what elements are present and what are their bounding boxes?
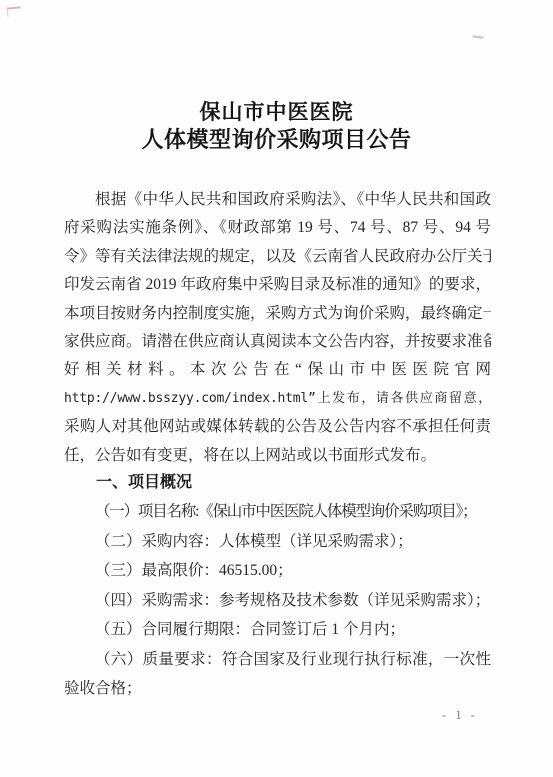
list-item-quality-requirements: （六）质量要求：符合国家及行业现行执行标准，一次性验收合格； <box>64 645 491 704</box>
intro-line-website-url: http://www.bsszyy.com/index.html”上发布，请各供… <box>64 385 491 413</box>
intro-line: 任，公告如有变更，将在以上网站或以书面形式发布。 <box>64 442 491 470</box>
title-line-2: 人体模型询价采购项目公告 <box>0 126 553 153</box>
list-item-procurement-content: （二）采购内容：人体模型（详见采购需求）； <box>64 527 491 557</box>
project-overview-section: 一、项目概况 （一）项目名称:《保山市中医医院人体模型询价采购项目》； （二）采… <box>64 468 491 704</box>
document-title: 保山市中医医院 人体模型询价采购项目公告 <box>0 99 553 153</box>
intro-line: 令》等有关法律法规的规定，以及《云南省人民政府办公厅关于 <box>64 243 491 271</box>
list-item-max-price: （三）最高限价：46515.00； <box>64 556 491 586</box>
intro-line: 家供应商。请潜在供应商认真阅读本文公告内容，并按要求准备 <box>64 328 491 356</box>
title-line-1: 保山市中医医院 <box>0 99 553 126</box>
intro-paragraph: 根据《中华人民共和国政府采购法》、《中华人民共和国政 府采购法实施条例》、《财政… <box>64 186 491 470</box>
intro-line: 印发云南省 2019 年政府集中采购目录及标准的通知》的要求， <box>64 271 491 299</box>
intro-line: 本项目按财务内控制度实施，采购方式为询价采购，最终确定一 <box>64 300 491 328</box>
document-page: 保山市中医医院 人体模型询价采购项目公告 根据《中华人民共和国政府采购法》、《中… <box>0 0 553 777</box>
list-item-procurement-requirements: （四）采购需求：参考规格及技术参数（详见采购需求）； <box>64 586 491 616</box>
list-item-project-name: （一）项目名称:《保山市中医医院人体模型询价采购项目》； <box>64 497 491 527</box>
red-pen-mark-top-right <box>472 29 484 38</box>
section-heading: 一、项目概况 <box>64 468 491 497</box>
intro-line: 好相关材料。本次公告在“保山市中医医院官网 <box>64 356 491 384</box>
red-pen-mark-top-left <box>7 6 22 16</box>
intro-line: 采购人对其他网站或媒体转载的公告及公告内容不承担任何责 <box>64 413 491 441</box>
intro-line: 根据《中华人民共和国政府采购法》、《中华人民共和国政 <box>64 186 491 214</box>
page-number: - 1 - <box>428 708 492 723</box>
intro-line: 府采购法实施条例》、《财政部第 19 号、74 号、87 号、94 号 <box>64 214 491 242</box>
list-item-contract-period: （五）合同履行期限：合同签订后 1 个月内； <box>64 615 491 645</box>
